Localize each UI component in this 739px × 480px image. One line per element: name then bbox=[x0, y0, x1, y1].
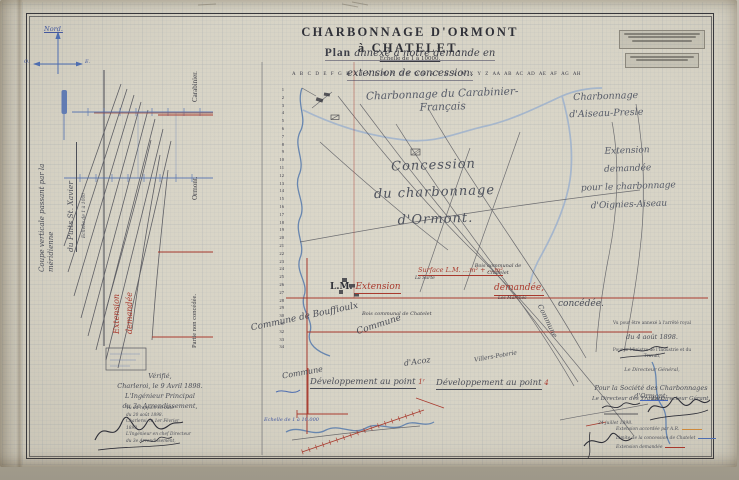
legend-entry-1: Extension accordée par A.R. bbox=[616, 425, 716, 434]
map-label-demandee: demandée, bbox=[494, 283, 544, 296]
side-label-ormont: Ormont. bbox=[191, 158, 200, 200]
side-label-carabinier: Carabinier. bbox=[191, 56, 200, 102]
developpement-1-number: 1ʳ bbox=[418, 378, 425, 386]
stamp-text-line bbox=[624, 33, 700, 35]
legend-text-1: Extension accordée par A.R. bbox=[616, 427, 679, 432]
map-label-les-marches: Les Marchés bbox=[498, 296, 527, 302]
map-label-extension-oignies: Extension demandée pour le charbonnage d… bbox=[571, 140, 685, 216]
legend-line-blue bbox=[698, 438, 716, 439]
paper-crease bbox=[16, 0, 23, 467]
east-label: E. bbox=[85, 59, 90, 65]
grid-number-column: 1 2 3 4 5 6 7 8 9 10 11 12 13 14 15 16 1… bbox=[272, 86, 284, 351]
legend-entry-3: Extension demandée bbox=[616, 443, 716, 452]
map-label-concession-ormont: Concession du charbonnage d'Ormont. bbox=[371, 150, 499, 235]
scale-note: Echelle de 1 à 10000. bbox=[300, 56, 520, 63]
map-scale-blue: Echelle de 1 à 10.000 bbox=[264, 417, 319, 423]
developpement-4-text: Développement au point bbox=[436, 378, 542, 390]
decree-line-2: du 4 août 1898. bbox=[604, 333, 700, 342]
section-subtitle-rotated: du Puits St. Xavier bbox=[66, 142, 77, 252]
legend: Extension accordée par A.R. Limite de la… bbox=[616, 425, 716, 452]
stamp-text-line bbox=[632, 40, 692, 42]
grid-letter-row: A B C D E F G H I J K L M N O P Q R S T … bbox=[292, 72, 592, 78]
stamp-text-line bbox=[636, 59, 688, 61]
section-scale-rotated: Echelle de 1 à 1000 bbox=[82, 148, 88, 238]
map-label-concedee: concédée. bbox=[558, 299, 604, 310]
directeur-gerant-label: Le Directeur Gérant, bbox=[652, 396, 710, 403]
report-note-block: Vu au rapport en date du 20 août 1898. C… bbox=[126, 406, 192, 445]
section-title-rotated: Coupe verticale passant par la méridienn… bbox=[38, 132, 56, 272]
developpement-4-number: 4 bbox=[544, 379, 548, 387]
decree-line-4: Le Directeur Général, bbox=[604, 366, 700, 374]
verification-block: Vérifié, Charleroi, le 9 Avril 1898. L'I… bbox=[110, 371, 210, 411]
decree-line-1: Vu pour être annexé à l'arrêté royal bbox=[604, 321, 700, 327]
decree-line-3: Pour le Ministre de l'Industrie et du Tr… bbox=[604, 348, 700, 360]
map-sheet: CHARBONNAGE D'ORMONT à CHATELET. Plan an… bbox=[0, 0, 737, 467]
map-label-la-sarte: La Sarte bbox=[415, 276, 435, 282]
map-label-developpement-1: Développement au point 1ʳ bbox=[310, 377, 425, 388]
stamp-box-2 bbox=[625, 53, 699, 68]
map-label-lm-extension: L.M. Extension bbox=[330, 282, 401, 293]
legend-text-3: Extension demandée bbox=[616, 445, 662, 450]
legend-line-red bbox=[665, 447, 685, 448]
extension-word-red: Extension bbox=[355, 282, 400, 294]
legend-text-2: Limite de la concession de Chatelet bbox=[616, 436, 695, 441]
legend-line-orange bbox=[682, 429, 702, 430]
west-label: O. bbox=[24, 59, 29, 65]
map-label-developpement-4: Développement au point 4 bbox=[436, 378, 549, 389]
point-letters-lm: L.M. bbox=[330, 282, 353, 292]
legend-entry-2: Limite de la concession de Chatelet bbox=[616, 434, 716, 443]
pencil-marks bbox=[198, 2, 368, 7]
side-label-partie-non-concedee: Partie non concédée. bbox=[191, 258, 199, 348]
north-label: Nord. bbox=[44, 25, 63, 33]
stamp-text-line bbox=[630, 56, 694, 58]
stamp-box-1 bbox=[619, 30, 705, 49]
map-label-aiseau-presle: Charbonnage d'Aiseau-Presle bbox=[555, 86, 656, 123]
developpement-1-text: Développement au point bbox=[310, 377, 416, 389]
map-label-bois-chatelet-1: Bois communal de Chatelet bbox=[466, 263, 530, 277]
extension-demandee-rotated: Extension demandée bbox=[110, 262, 136, 334]
royal-decree-block: Vu pour être annexé à l'arrêté royal du … bbox=[604, 315, 700, 380]
stamp-text-line bbox=[628, 36, 696, 38]
